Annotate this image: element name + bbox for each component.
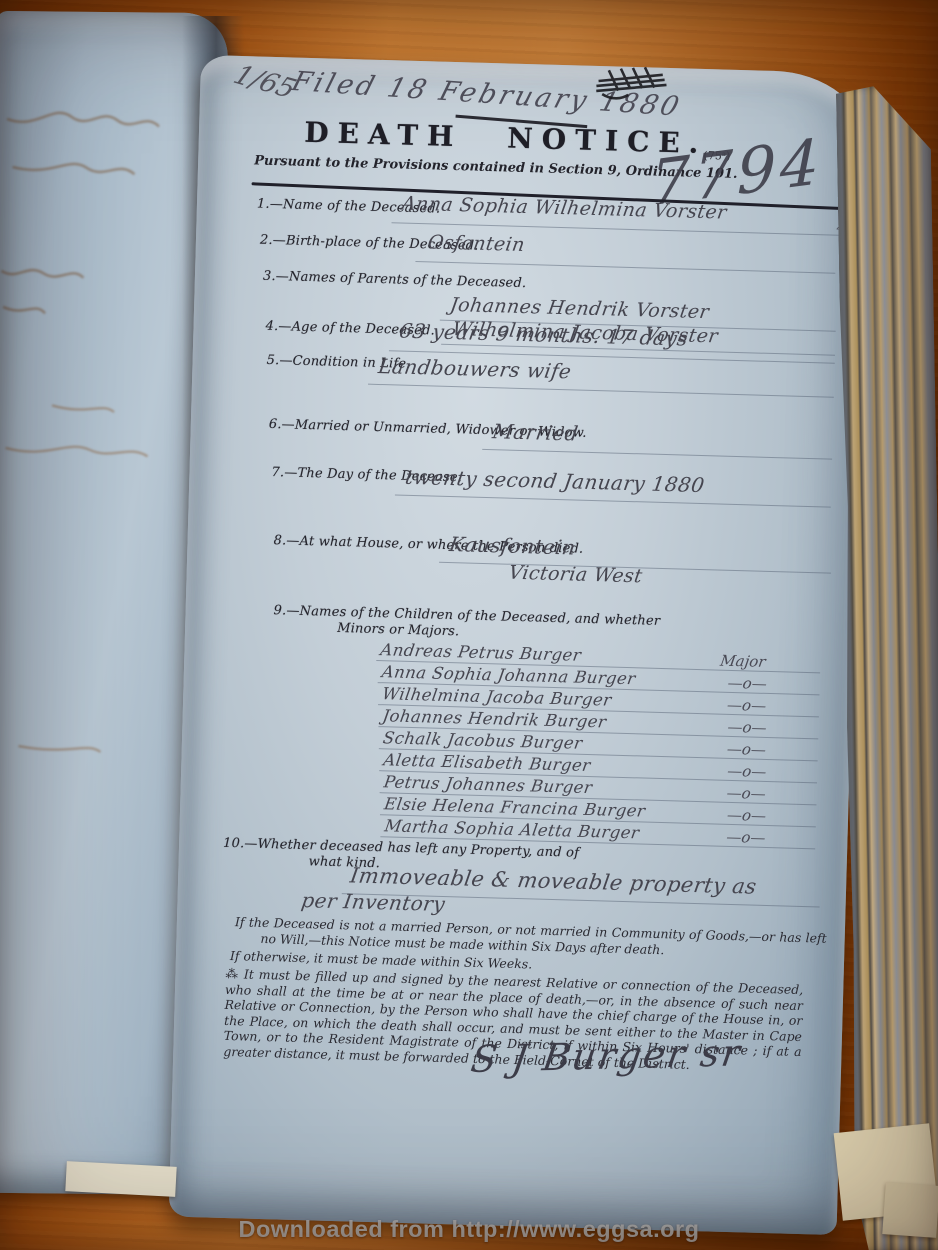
watermark-text: Downloaded from http://www.eggsa.org: [0, 1216, 938, 1243]
field-value: Kausfontein: [448, 532, 577, 559]
bleedthrough-writing-mark: [1, 439, 151, 465]
ruled-line: [415, 261, 835, 274]
child-status: —o—: [726, 762, 768, 781]
child-status: —o—: [726, 674, 768, 693]
field-label: 3.—Names of Parents of the Deceased.: [263, 269, 527, 291]
field-value: Victoria West: [507, 562, 644, 588]
bleedthrough-writing-mark: [0, 299, 49, 322]
bleedthrough-writing-mark: [3, 107, 163, 137]
bleedthrough-writing-mark: [14, 737, 104, 760]
bleedthrough-writing-mark: [48, 397, 118, 420]
ruled-line: [395, 494, 831, 507]
death-notice-page: 1/65 Filed 18 February 1880 DEATH NOTICE…: [169, 55, 869, 1235]
protruding-paper-edge: [65, 1161, 176, 1197]
field-label: 9.—Names of the Children of the Deceased…: [273, 603, 660, 629]
child-status: —o—: [726, 696, 768, 715]
child-status: —o—: [726, 806, 768, 825]
ruled-line: [482, 449, 832, 460]
child-status: Major: [719, 652, 767, 671]
ruled-line: [368, 384, 834, 398]
field-value: per Inventory: [300, 888, 447, 916]
asterism-mark: ⁂: [225, 966, 239, 981]
corner-number: 1/65: [229, 60, 301, 105]
photo-scene: 1/65 Filed 18 February 1880 DEATH NOTICE…: [0, 0, 938, 1250]
field-label: Minors or Majors.: [337, 621, 460, 639]
bleedthrough-writing-mark: [0, 263, 88, 288]
field-value: Landbouwers wife: [377, 354, 573, 383]
field-value: Osfontein: [426, 231, 526, 256]
bleedthrough-writing-mark: [8, 157, 138, 184]
signature-handwritten: S J Burger sr: [468, 1031, 745, 1081]
child-status: —o—: [725, 784, 767, 803]
field-value: twenty second January 1880: [404, 465, 707, 497]
child-status: —o—: [725, 828, 767, 847]
cancelled-stamp-scribble: [588, 60, 675, 102]
field-value: Married: [491, 419, 580, 445]
child-status: —o—: [726, 740, 768, 759]
child-status: —o—: [726, 718, 768, 737]
